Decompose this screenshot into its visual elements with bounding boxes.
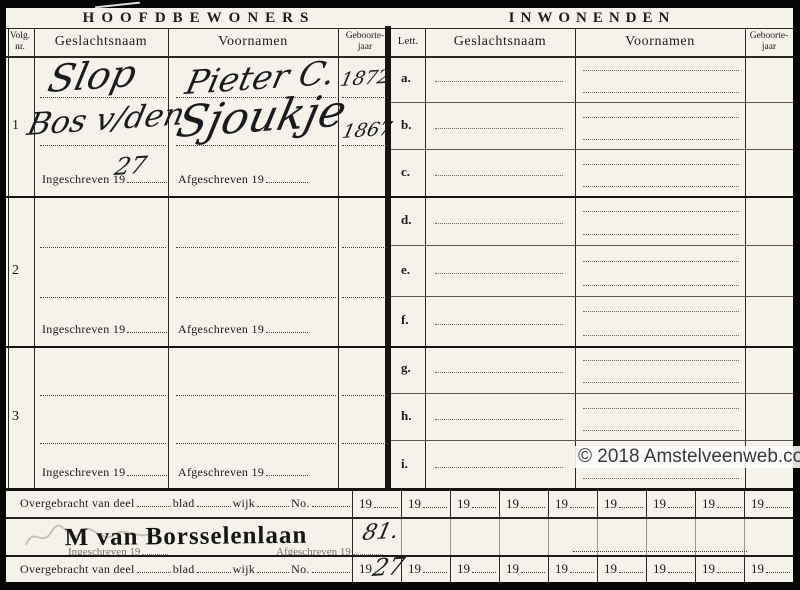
dotted-leader	[472, 562, 496, 573]
handwritten-house-number: 81.	[360, 519, 401, 546]
year-prefix: 19	[359, 561, 372, 576]
register-card: HOOFDBEWONERS INWONENDEN Volg. nr. Gesla…	[6, 8, 793, 585]
year-cell: 19	[695, 491, 744, 517]
writing-line	[40, 443, 166, 444]
year-prefix: 19	[457, 496, 470, 511]
overgebracht-label: Overgebracht van deel	[20, 562, 135, 576]
volgnr-line2: nr.	[15, 42, 25, 52]
column-header-geslachtsnaam-right: Geslachtsnaam	[425, 34, 575, 50]
geboortejaar-line2: jaar	[762, 42, 776, 52]
column-header-geboortejaar-right: Geboorte- jaar	[745, 31, 793, 53]
writing-line	[583, 164, 739, 165]
next-card-edge: M van Borsselenlaan Ingeschreven 19 Afge…	[6, 519, 793, 557]
ingeschreven-label: Ingeschreven 19	[42, 465, 171, 480]
lodger-row-g: g.	[391, 346, 793, 393]
column-header-voornamen-right: Voornamen	[575, 34, 745, 50]
blad-label: blad	[173, 562, 195, 576]
left-page-title: HOOFDBEWONERS	[6, 10, 392, 27]
ingeschreven-label: Ingeschreven 19	[42, 322, 171, 337]
dotted-leader	[137, 496, 171, 507]
divider	[450, 519, 451, 557]
lodger-row-c: c.	[391, 149, 793, 196]
year-cell: 19	[744, 491, 793, 517]
dotted-leader	[521, 497, 545, 508]
dotted-leader	[142, 544, 168, 555]
row-letter: d.	[401, 212, 411, 228]
year-prefix: 19	[751, 496, 764, 511]
column-header-voornamen-left: Voornamen	[168, 34, 338, 50]
lodger-row-a: a.	[391, 56, 793, 102]
year-prefix: 19	[359, 496, 372, 511]
writing-line	[583, 234, 739, 235]
afgeschreven-text: Afgeschreven 19	[178, 172, 264, 186]
writing-line	[176, 297, 336, 298]
dotted-leader	[423, 562, 447, 573]
wijk-label: wijk	[233, 496, 256, 510]
year-prefix: 19	[604, 496, 617, 511]
writing-line	[435, 273, 563, 274]
title-underline	[6, 28, 793, 29]
column-header-geboortejaar-left: Geboorte- jaar	[338, 31, 392, 53]
writing-line	[583, 430, 739, 431]
row-letter: g.	[401, 361, 411, 377]
writing-line	[435, 175, 563, 176]
writing-line	[583, 311, 739, 312]
resident-block-3: 3 Ingeschreven 19 Afgeschreven 19	[6, 346, 392, 488]
writing-line	[435, 419, 563, 420]
writing-line	[583, 117, 739, 118]
dotted-leader	[619, 497, 643, 508]
writing-line	[583, 335, 739, 336]
dotted-leader	[374, 497, 398, 508]
geboortejaar-line1: Geboorte-	[750, 31, 789, 41]
dotted-leader	[266, 322, 308, 333]
year-cell: 19	[548, 491, 597, 517]
handwritten-surname: Bos v/den	[24, 97, 188, 143]
writing-line	[573, 551, 747, 552]
writing-line	[583, 408, 739, 409]
transfer-labels: Overgebracht van deelbladwijkNo.	[20, 491, 350, 516]
transfer-labels: Overgebracht van deelbladwijkNo.	[20, 557, 350, 581]
row-letter: i.	[401, 456, 408, 472]
dotted-leader	[570, 497, 594, 508]
lodger-row-b: b.	[391, 102, 793, 149]
year-cell: 19	[695, 557, 744, 582]
writing-line	[40, 395, 166, 396]
writing-line	[583, 360, 739, 361]
writing-line	[40, 247, 166, 248]
column-header-volgnr: Volg. nr.	[6, 31, 34, 53]
writing-line	[342, 97, 388, 98]
year-prefix: 19	[555, 496, 568, 511]
geboortejaar-line1: Geboorte-	[346, 31, 385, 41]
handwritten-firstname: Sjoukje	[172, 87, 351, 149]
dotted-leader	[423, 497, 447, 508]
dotted-leader	[127, 322, 169, 333]
writing-line	[435, 223, 563, 224]
geboortejaar-line2: jaar	[358, 42, 372, 52]
dotted-leader	[766, 497, 790, 508]
year-cell: 19	[744, 557, 793, 582]
dotted-leader	[197, 562, 231, 573]
block-number: 1	[12, 118, 19, 134]
dotted-leader	[619, 562, 643, 573]
volgnr-line1: Volg.	[10, 31, 30, 41]
afgeschreven-label: Afgeschreven 19	[178, 172, 310, 187]
row-letter: c.	[401, 164, 410, 180]
wijk-label: wijk	[233, 562, 256, 576]
year-cell: 19	[597, 557, 646, 582]
lodger-row-e: e.	[391, 245, 793, 295]
dotted-leader	[668, 497, 692, 508]
column-header-geslachtsnaam-left: Geslachtsnaam	[34, 34, 168, 50]
writing-line	[583, 186, 739, 187]
year-cell: 19	[450, 557, 499, 582]
handwritten-transfer-year: 27	[370, 553, 407, 583]
row-letter: a.	[401, 70, 411, 86]
register-card-photo: HOOFDBEWONERS INWONENDEN Volg. nr. Gesla…	[0, 0, 800, 590]
handwritten-birthyear: 1867	[340, 119, 394, 144]
no-label: No.	[291, 562, 310, 576]
year-prefix: 19	[408, 496, 421, 511]
afgeschreven-text: Afgeschreven 19	[178, 322, 264, 336]
writing-line	[435, 81, 563, 82]
year-cell: 19	[401, 557, 450, 582]
writing-line	[583, 478, 739, 479]
partial-afgeschreven-label: Afgeschreven 19	[276, 544, 385, 557]
writing-line	[342, 443, 388, 444]
year-cell: 19	[646, 491, 695, 517]
block-number: 3	[12, 409, 19, 425]
afgeschreven-text: Afgeschreven 19	[178, 465, 264, 479]
dotted-leader	[266, 465, 308, 476]
handwritten-ingeschreven-year: 27	[112, 152, 149, 182]
writing-line	[583, 92, 739, 93]
writing-line	[435, 467, 563, 468]
row-letter: h.	[401, 408, 411, 424]
year-cell: 19	[450, 491, 499, 517]
year-cell: 19	[499, 491, 548, 517]
ingeschreven-text: Ingeschreven 19	[42, 465, 125, 479]
divider	[352, 519, 353, 557]
lodger-group-1: a. b. c.	[391, 56, 793, 196]
lodger-row-d: d.	[391, 196, 793, 245]
writing-line	[583, 139, 739, 140]
divider	[499, 519, 500, 557]
divider	[548, 519, 549, 557]
overgebracht-label: Overgebracht van deel	[20, 496, 135, 510]
dotted-leader	[312, 562, 350, 573]
writing-line	[583, 285, 739, 286]
writing-line	[583, 211, 739, 212]
dotted-leader	[257, 562, 289, 573]
writing-line	[176, 443, 336, 444]
year-prefix: 19	[702, 561, 715, 576]
ingeschreven-label: Ingeschreven 19	[42, 172, 171, 187]
year-prefix: 19	[555, 561, 568, 576]
year-prefix: 19	[457, 561, 470, 576]
column-header-lett: Lett.	[391, 35, 425, 48]
ingeschreven-text: Ingeschreven 19	[42, 322, 125, 336]
year-cell: 19	[401, 491, 450, 517]
writing-line	[342, 297, 388, 298]
writing-line	[583, 382, 739, 383]
year-cell: 19	[597, 491, 646, 517]
lodger-row-f: f.	[391, 296, 793, 346]
blad-label: blad	[173, 496, 195, 510]
dotted-leader	[472, 497, 496, 508]
year-prefix: 19	[604, 561, 617, 576]
dotted-leader	[312, 496, 350, 507]
year-prefix: 19	[653, 496, 666, 511]
dotted-leader	[197, 496, 231, 507]
writing-line	[342, 145, 388, 146]
dotted-leader	[570, 562, 594, 573]
afgeschreven-label: Afgeschreven 19	[178, 322, 310, 337]
year-prefix: 19	[702, 496, 715, 511]
right-page-title: INWONENDEN	[391, 10, 793, 27]
ingeschreven-text: Ingeschreven 19	[68, 546, 140, 557]
writing-line	[583, 261, 739, 262]
writing-line	[176, 395, 336, 396]
writing-line	[342, 247, 388, 248]
year-prefix: 19	[653, 561, 666, 576]
dotted-leader	[257, 496, 289, 507]
row-letter: f.	[401, 313, 409, 329]
writing-line	[40, 297, 166, 298]
dotted-leader	[137, 562, 171, 573]
watermark: © 2018 Amstelveenweb.com	[575, 446, 800, 468]
resident-block-1: 1 Slop Pieter C. 1872 Bos v/den Sjoukje …	[6, 56, 392, 196]
dotted-leader	[668, 562, 692, 573]
afgeschreven-label: Afgeschreven 19	[178, 465, 310, 480]
writing-line	[40, 145, 166, 146]
year-cell: 19	[352, 491, 401, 517]
dotted-leader	[717, 562, 741, 573]
year-prefix: 19	[506, 561, 519, 576]
writing-line	[583, 70, 739, 71]
writing-line	[435, 128, 563, 129]
row-letter: e.	[401, 262, 410, 278]
writing-line	[435, 324, 563, 325]
dotted-leader	[717, 497, 741, 508]
block-number: 2	[12, 263, 19, 279]
year-cell: 19	[646, 557, 695, 582]
afgeschreven-text: Afgeschreven 19	[276, 546, 351, 557]
writing-line	[435, 372, 563, 373]
lodger-row-h: h.	[391, 393, 793, 441]
year-prefix: 19	[408, 561, 421, 576]
year-cell: 19	[548, 557, 597, 582]
transfer-row-top: Overgebracht van deelbladwijkNo. 19 19 1…	[6, 488, 793, 519]
dotted-leader	[127, 465, 169, 476]
partial-ingeschreven-label: Ingeschreven 19	[68, 544, 170, 557]
year-cell: 19	[499, 557, 548, 582]
resident-block-2: 2 Ingeschreven 19 Afgeschreven 19	[6, 196, 392, 346]
lodger-group-2: d. e. f.	[391, 196, 793, 346]
dotted-leader	[766, 562, 790, 573]
year-prefix: 19	[751, 561, 764, 576]
writing-line	[176, 247, 336, 248]
row-letter: b.	[401, 117, 411, 133]
handwritten-surname: Slop	[44, 52, 140, 102]
writing-line	[342, 395, 388, 396]
dotted-leader	[266, 172, 308, 183]
dotted-leader	[521, 562, 545, 573]
no-label: No.	[291, 496, 310, 510]
year-prefix: 19	[506, 496, 519, 511]
